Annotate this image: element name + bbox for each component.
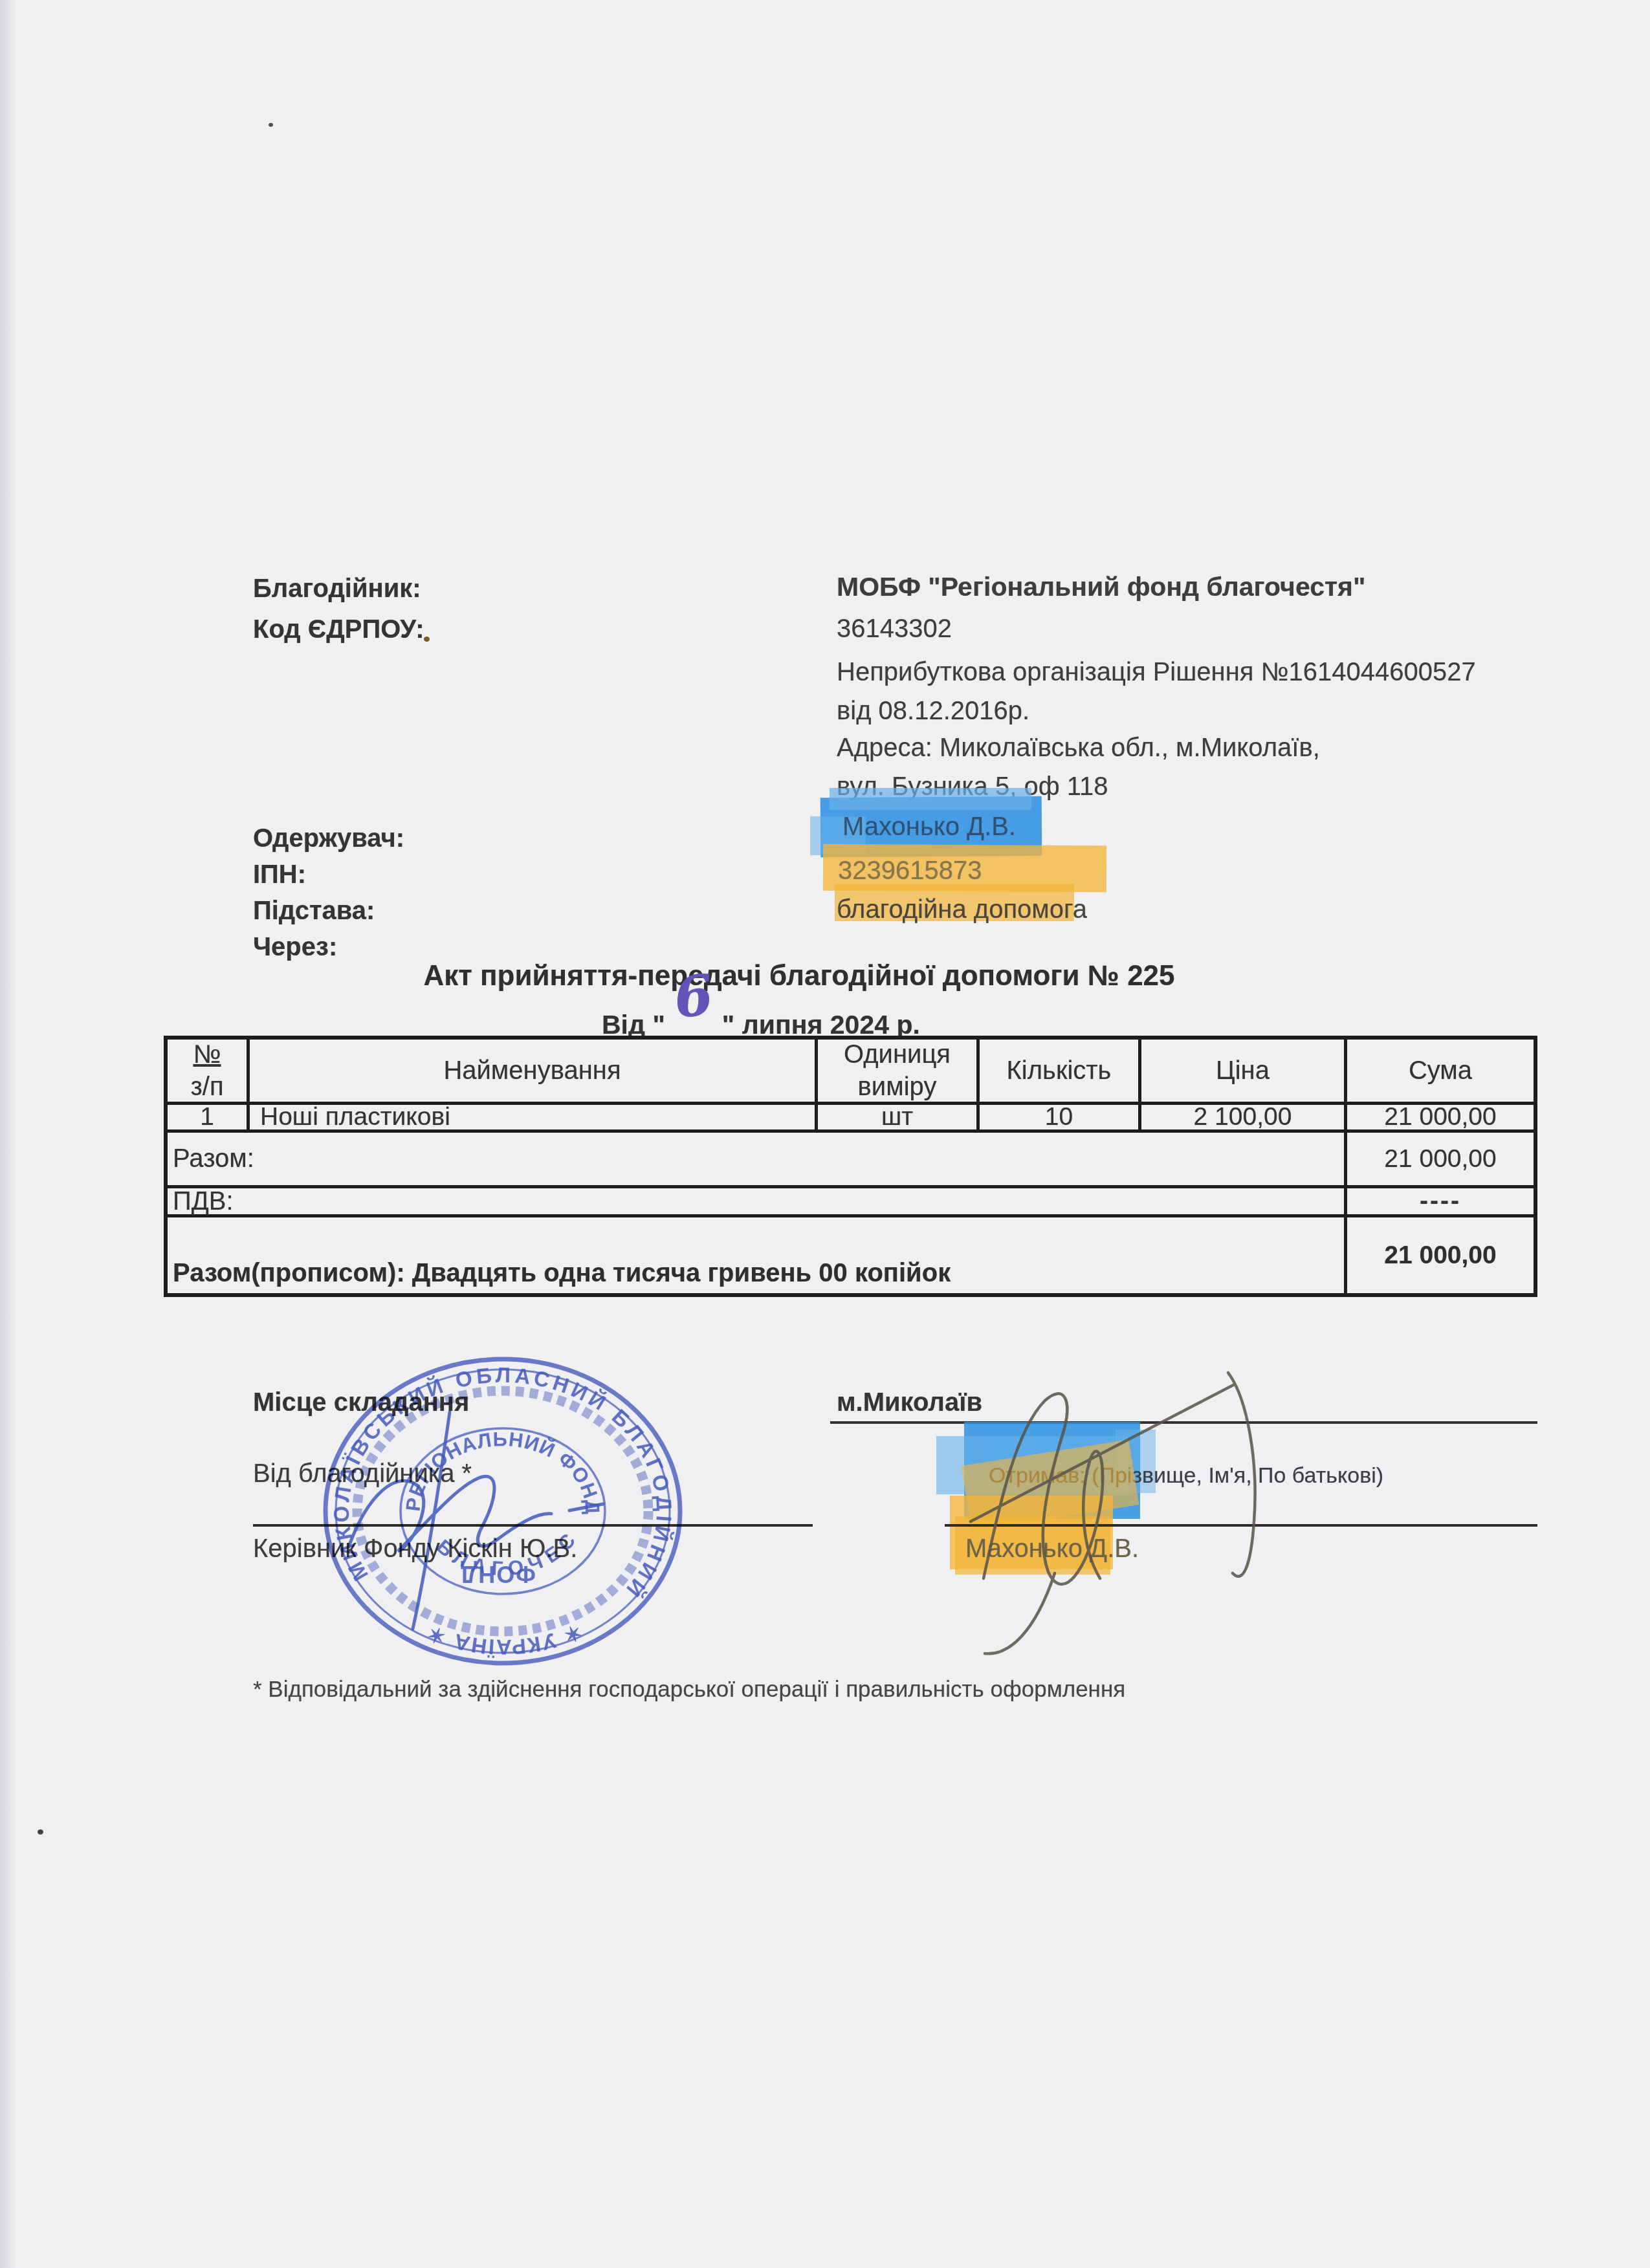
via-label: Через: [253, 933, 337, 962]
scan-edge-shadow [0, 0, 17, 2268]
paper-speck [424, 637, 430, 642]
act-date-line: Від "6" липня 2024 р. [602, 1004, 920, 1040]
row1-sum: 21 000,00 [1347, 1105, 1534, 1133]
col-header-unit-line2: виміру [858, 1071, 937, 1103]
total-in-words: Разом(прописом): Двадцять одна тисяча гр… [168, 1217, 1347, 1293]
date-day-slot: 6 [665, 1004, 722, 1034]
row1-num: 1 [168, 1105, 250, 1133]
handwritten-day: 6 [671, 962, 716, 1031]
paper-speck [38, 1829, 43, 1835]
total-row-value: 21 000,00 [1347, 1133, 1534, 1188]
ipn-label: ІПН: [253, 860, 306, 889]
vat-row-value: ---- [1347, 1188, 1534, 1217]
footnote: * Відповідальний за здійснення господарс… [253, 1677, 1125, 1703]
col-header-qty: Кількість [980, 1040, 1141, 1105]
recipient-name-redacted: Махонько Д.В. [842, 812, 1016, 842]
blue-redaction-bar [830, 788, 1031, 810]
stamp-center-text: ФОНД [459, 1561, 536, 1587]
ipn-value: 3239615873 [838, 856, 982, 886]
basis-label: Підстава: [253, 897, 375, 926]
donor-edrpou-value: 36143302 [837, 615, 952, 644]
col-header-sum-text: Сума [1409, 1054, 1472, 1087]
organization-stamp: МИКОЛАЇВСЬКИЙ ОБЛАСНИЙ БЛАГОДІЙНИЙ ✶ УКР… [311, 1351, 699, 1682]
col-header-price: Ціна [1141, 1040, 1347, 1105]
col-header-num: № з/п [168, 1040, 250, 1105]
donor-address-line1: Адреса: Миколаївська обл., м.Миколаїв, [837, 734, 1320, 763]
goods-table: № з/п Найменування Одиниця виміру Кількі… [164, 1036, 1537, 1297]
paper-speck [269, 123, 273, 127]
col-header-unit-line1: Одиниця [844, 1038, 951, 1071]
col-header-qty-text: Кількість [1007, 1054, 1112, 1087]
row1-name: Ноші пластикові [250, 1105, 818, 1133]
col-header-unit: Одиниця виміру [818, 1040, 980, 1105]
total-row-label: Разом: [168, 1133, 1347, 1188]
col-header-price-text: Ціна [1216, 1054, 1270, 1087]
donor-label: Благодійник: [253, 574, 421, 604]
recipient-label: Одержувач: [253, 824, 404, 853]
vat-row-label: ПДВ: [168, 1188, 1347, 1217]
donor-org-name: МОБФ "Регіональний фонд благочестя" [837, 572, 1365, 602]
col-header-num-line2: з/п [190, 1071, 223, 1103]
col-header-sum: Сума [1347, 1040, 1534, 1105]
svg-text:РЕГІОНАЛЬНИЙ ФОНД: РЕГІОНАЛЬНИЙ ФОНД [401, 1428, 604, 1516]
donor-status-line2: від 08.12.2016р. [837, 697, 1029, 726]
row1-price: 2 100,00 [1141, 1105, 1347, 1133]
col-header-name: Найменування [250, 1040, 818, 1105]
col-header-name-text: Найменування [443, 1054, 621, 1087]
row1-unit: шт [818, 1105, 980, 1133]
donor-status-line1: Неприбуткова організація Рішення №161404… [837, 658, 1476, 687]
act-title: Акт прийняття-передачі благодійної допом… [259, 960, 1339, 992]
col-header-num-line1: № [193, 1038, 221, 1071]
scanned-document-page: Благодійник: Код ЄДРПОУ: МОБФ "Регіональ… [0, 0, 1650, 2268]
stamp-inner-text: РЕГІОНАЛЬНИЙ ФОНД [401, 1428, 604, 1516]
basis-value: благодійна допомога [837, 895, 1087, 924]
total-in-words-value: 21 000,00 [1347, 1217, 1534, 1293]
recipient-signature-ink [906, 1346, 1326, 1708]
row1-qty: 10 [980, 1105, 1141, 1133]
edrpou-label: Код ЄДРПОУ: [253, 615, 424, 644]
